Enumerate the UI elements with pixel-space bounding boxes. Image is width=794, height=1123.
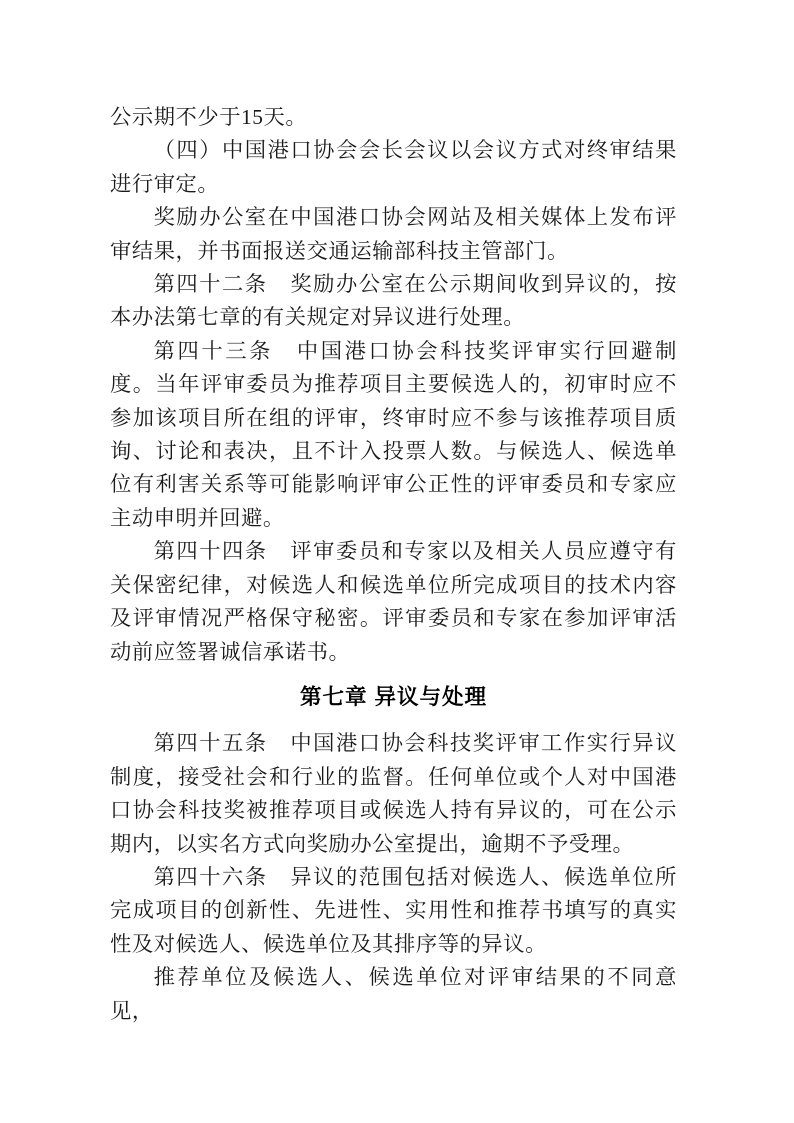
- body-paragraph: 推荐单位及候选人、候选单位对评审结果的不同意见，: [110, 961, 677, 1028]
- body-paragraph: 第四十五条 中国港口协会科技奖评审工作实行异议制度，接受社会和行业的监督。任何单…: [110, 727, 677, 861]
- body-paragraph: 第四十三条 中国港口协会科技奖评审实行回避制度。当年评审委员为推荐项目主要候选人…: [110, 335, 677, 535]
- body-paragraph: 第四十六条 异议的范围包括对候选人、候选单位所完成项目的创新性、先进性、实用性和…: [110, 861, 677, 961]
- body-paragraph: 第四十二条 奖励办公室在公示期间收到异议的，按本办法第七章的有关规定对异议进行处…: [110, 268, 677, 335]
- body-paragraph: 公示期不少于15天。: [110, 101, 677, 134]
- page-content: 公示期不少于15天。 （四）中国港口协会会长会议以会议方式对终审结果进行审定。 …: [110, 101, 677, 1028]
- body-paragraph: （四）中国港口协会会长会议以会议方式对终审结果进行审定。: [110, 134, 677, 201]
- document-page: 公示期不少于15天。 （四）中国港口协会会长会议以会议方式对终审结果进行审定。 …: [0, 0, 794, 1123]
- chapter-heading: 第七章 异议与处理: [110, 681, 677, 714]
- body-paragraph: 第四十四条 评审委员和专家以及相关人员应遵守有关保密纪律，对候选人和候选单位所完…: [110, 535, 677, 669]
- body-paragraph: 奖励办公室在中国港口协会网站及相关媒体上发布评审结果，并书面报送交通运输部科技主…: [110, 201, 677, 268]
